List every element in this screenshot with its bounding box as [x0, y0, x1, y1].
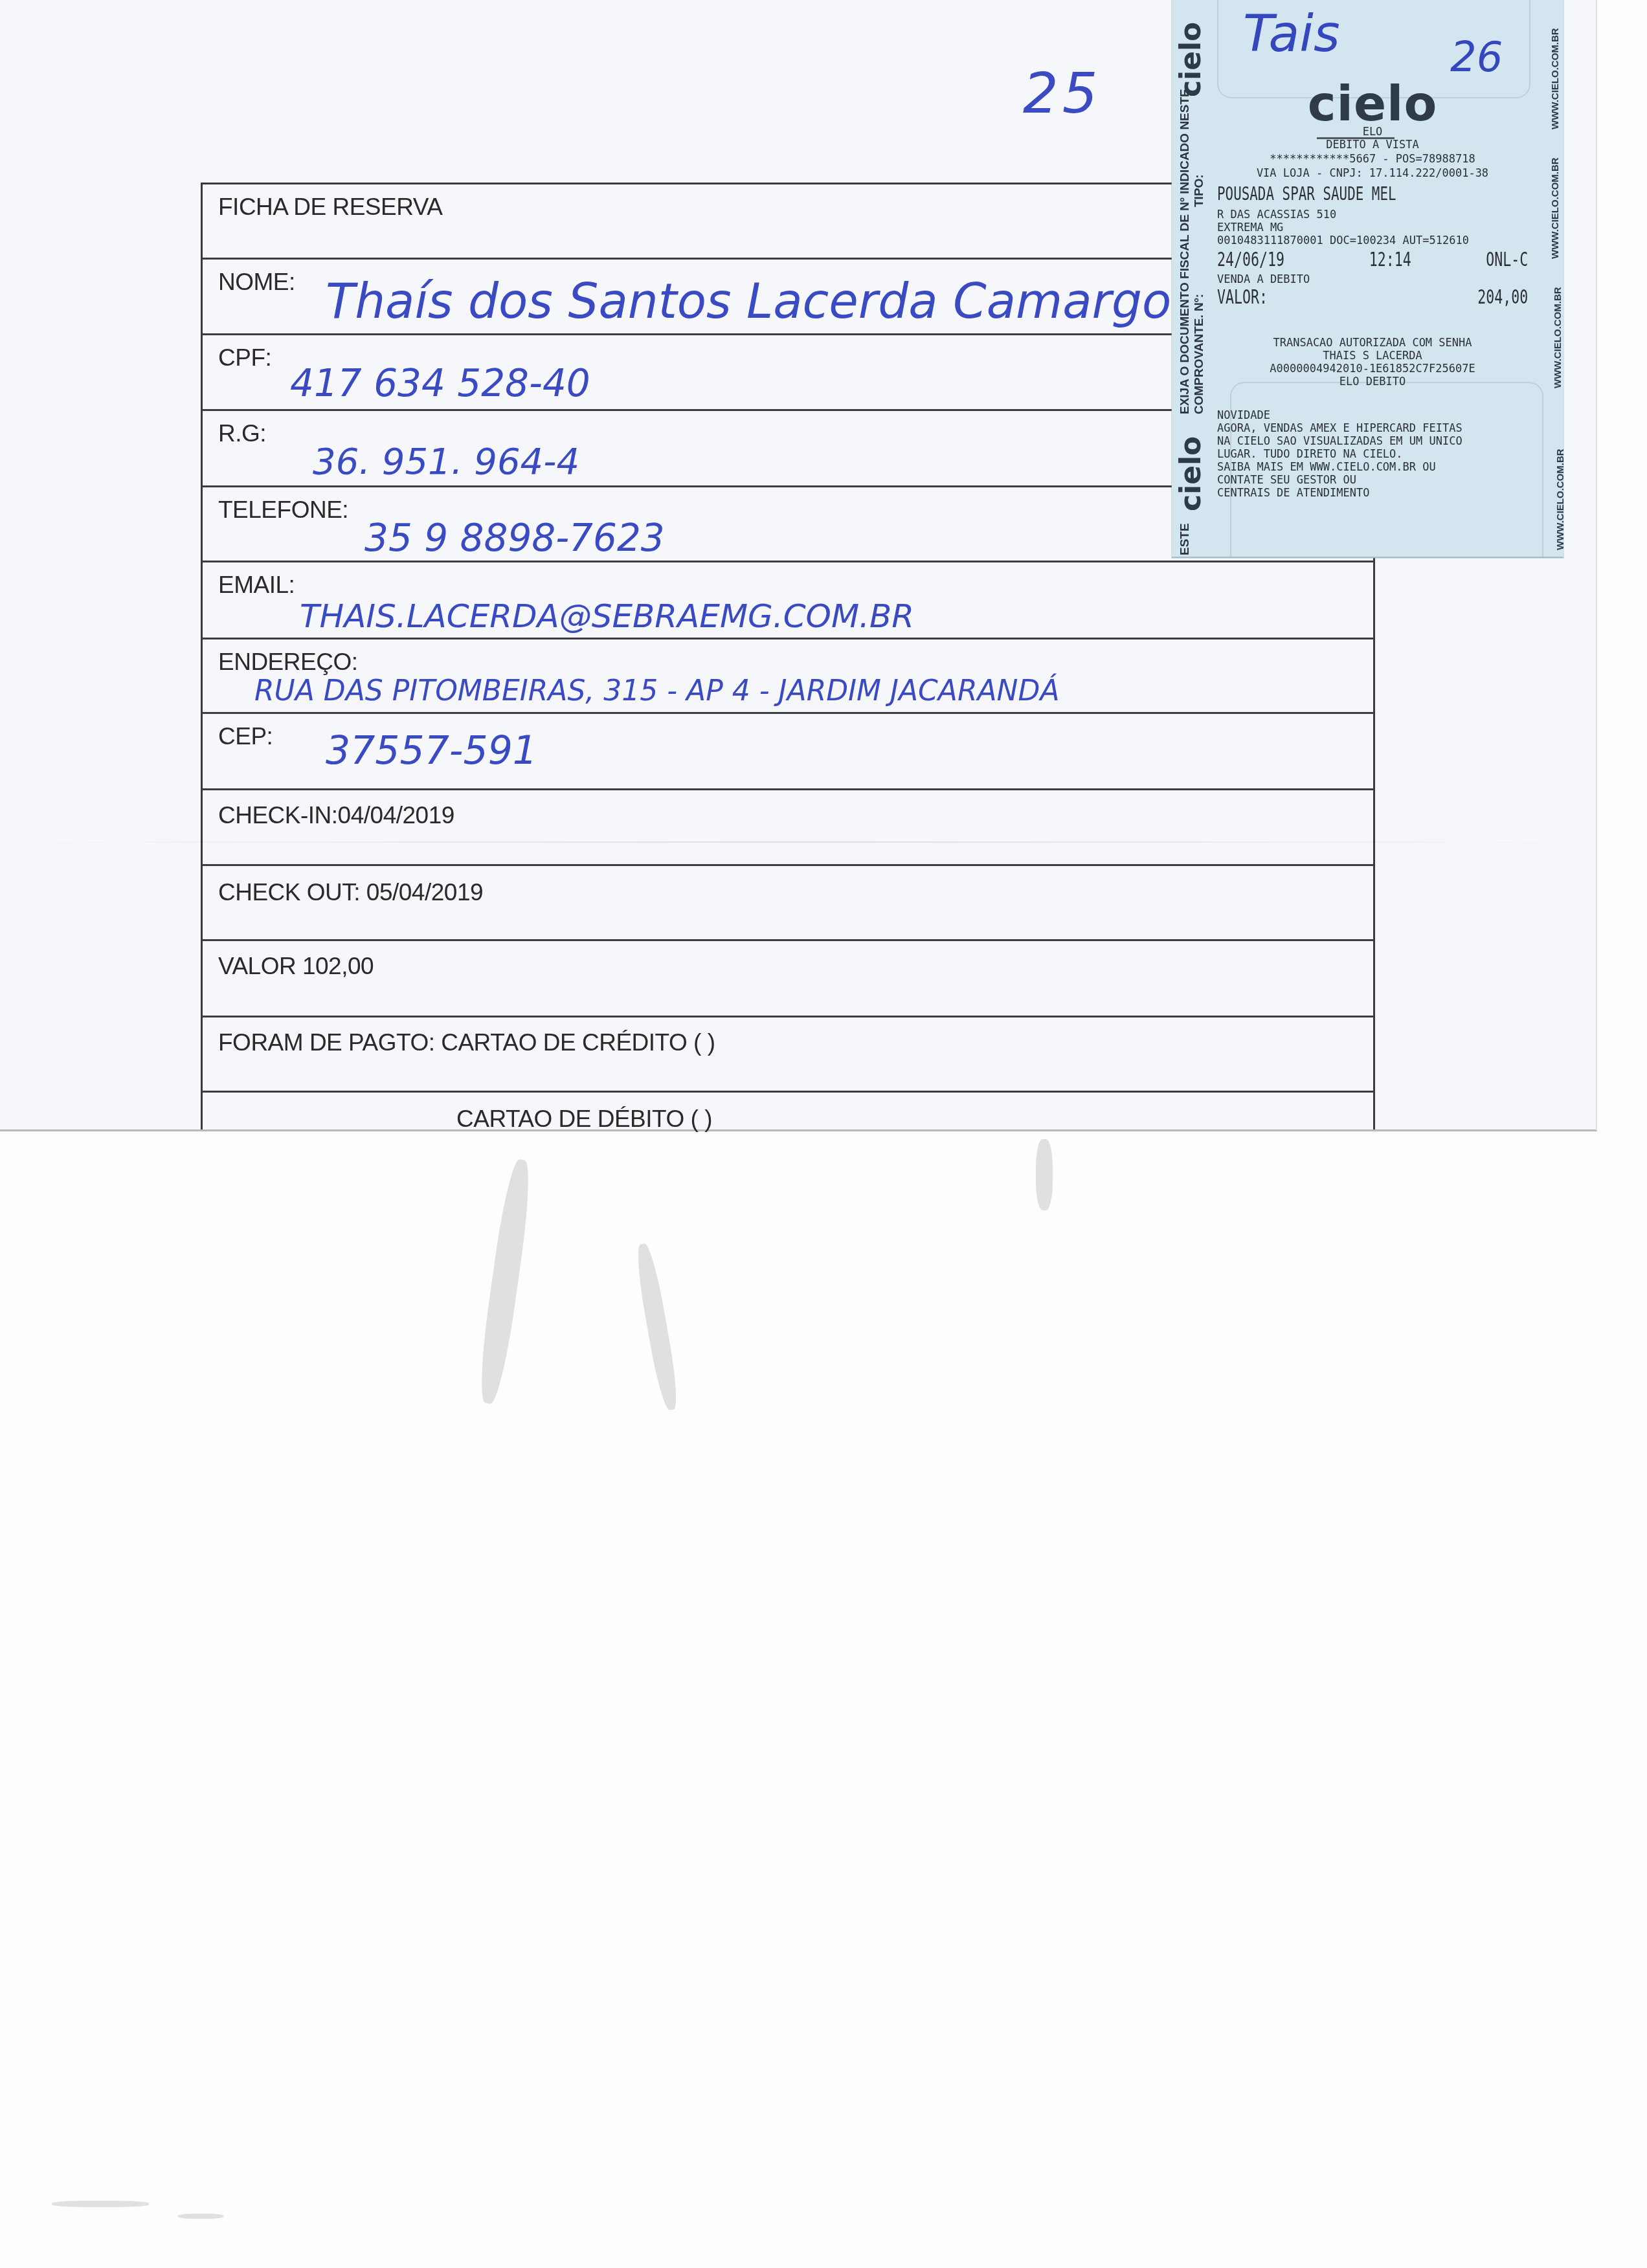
- cielo-url-2: WWW.CIELO.COM.BR: [1550, 157, 1561, 259]
- valor-text: VALOR 102,00: [218, 953, 374, 980]
- field-label-cpf: CPF:: [218, 344, 271, 372]
- field-label-rg: R.G:: [218, 420, 266, 447]
- receipt-news-3: LUGAR. TUDO DIRETO NA CIELO.: [1217, 448, 1528, 461]
- receipt-tipo-label: TIPO:: [1193, 174, 1207, 207]
- receipt-time: 12:14: [1369, 249, 1411, 271]
- field-label-endereco: ENDEREÇO:: [218, 649, 357, 676]
- checkin-row: CHECK-IN:04/04/2019: [203, 790, 1373, 866]
- valor-row: VALOR 102,00: [203, 941, 1373, 1017]
- receipt-handwritten-number: 26: [1450, 34, 1503, 82]
- receipt-address: R DAS ACASSIAS 510: [1217, 208, 1528, 221]
- field-label-email: EMAIL:: [218, 572, 295, 599]
- cielo-url-3: WWW.CIELO.COM.BR: [1552, 287, 1563, 388]
- receipt-handwritten-name: Tais: [1243, 5, 1340, 63]
- receipt-mode: DEBITO A VISTA: [1217, 139, 1528, 151]
- receipt-auth-line: TRANSACAO AUTORIZADA COM SENHA: [1217, 337, 1528, 350]
- cielo-side-logo-top: cielo: [1174, 22, 1207, 97]
- receipt-side-tail: ESTE: [1178, 523, 1193, 555]
- receipt-news-4: SAIBA MAIS EM WWW.CIELO.COM.BR OU: [1217, 461, 1528, 474]
- receipt-value: 204,00: [1477, 286, 1528, 309]
- receipt-comprovante-label: COMPROVANTE. Nº:: [1193, 294, 1207, 414]
- field-row-cep: CEP: 37557-591: [203, 714, 1373, 790]
- field-label-cep: CEP:: [218, 723, 273, 750]
- field-value-rg: 36. 951. 964-4: [313, 441, 579, 483]
- receipt-datetime-row: 24/06/19 12:14 ONL-C: [1217, 249, 1528, 271]
- receipt-fiscal-notice: EXIJA O DOCUMENTO FISCAL DE Nº INDICADO …: [1178, 89, 1193, 414]
- handwritten-page-number: 25: [1023, 61, 1101, 126]
- field-value-endereco: RUA DAS PITOMBEIRAS, 315 - AP 4 - JARDIM…: [254, 674, 1060, 707]
- receipt-news-1: AGORA, VENDAS AMEX E HIPERCARD FEITAS: [1217, 422, 1528, 435]
- receipt-city: EXTREMA MG: [1217, 221, 1528, 234]
- card-receipt: cielo EXIJA O DOCUMENTO FISCAL DE Nº IND…: [1172, 0, 1563, 558]
- receipt-news-0: NOVIDADE: [1217, 409, 1528, 422]
- form-title: FICHA DE RESERVA: [218, 194, 442, 221]
- receipt-news-2: NA CIELO SAO VISUALIZADAS EM UM UNICO: [1217, 435, 1528, 448]
- payment-debit-option[interactable]: CARTAO DE DÉBITO ( ): [456, 1106, 712, 1133]
- receipt-status: ONL-C: [1486, 249, 1528, 271]
- field-label-telefone: TELEFONE:: [218, 496, 348, 524]
- receipt-brand: ELO: [1217, 126, 1528, 139]
- receipt-via-cnpj: VIA LOJA - CNPJ: 17.114.222/0001-38: [1217, 167, 1528, 180]
- cielo-url-1: WWW.CIELO.COM.BR: [1550, 28, 1561, 129]
- payment-credit-option[interactable]: FORAM DE PAGTO: CARTAO DE CRÉDITO ( ): [218, 1029, 715, 1056]
- scan-mark: [1036, 1139, 1053, 1210]
- receipt-value-label: VALOR:: [1217, 286, 1268, 309]
- receipt-news-6: CENTRAIS DE ATENDIMENTO: [1217, 487, 1528, 500]
- cielo-side-logo-bottom: cielo: [1174, 436, 1207, 511]
- scan-mark: [52, 2201, 149, 2207]
- receipt-aid: A0000004942010-1E61852C7F25607E: [1217, 362, 1528, 375]
- receipt-card-pos: ************5667 - POS=78988718: [1217, 153, 1528, 166]
- field-value-email: THAIS.LACERDA@SEBRAEMG.COM.BR: [300, 597, 914, 635]
- receipt-left-strip: cielo EXIJA O DOCUMENTO FISCAL DE Nº IND…: [1172, 0, 1212, 557]
- field-row-endereco: ENDEREÇO: RUA DAS PITOMBEIRAS, 315 - AP …: [203, 639, 1373, 714]
- receipt-value-row: VALOR: 204,00: [1217, 286, 1528, 309]
- cielo-url-4: WWW.CIELO.COM.BR: [1555, 449, 1566, 550]
- receipt-date: 24/06/19: [1217, 249, 1284, 271]
- scan-mark: [178, 2214, 223, 2219]
- receipt-sale-type: VENDA A DEBITO: [1217, 273, 1528, 286]
- receipt-app-label: ELO DEBITO: [1217, 375, 1528, 388]
- receipt-news-5: CONTATE SEU GESTOR OU: [1217, 474, 1528, 487]
- field-value-cep: 37557-591: [326, 728, 537, 773]
- checkout-row: CHECK OUT: 05/04/2019: [203, 866, 1373, 941]
- receipt-merchant: POUSADA SPAR SAUDE MEL: [1217, 184, 1528, 203]
- receipt-ids: 0010483111870001 DOC=100234 AUT=512610: [1217, 234, 1528, 247]
- receipt-cardholder: THAIS S LACERDA: [1217, 350, 1528, 362]
- checkin-text: CHECK-IN:04/04/2019: [218, 802, 454, 829]
- payment-debit-row: CARTAO DE DÉBITO ( ): [203, 1093, 1373, 1131]
- checkout-text: CHECK OUT: 05/04/2019: [218, 879, 483, 906]
- field-label-nome: NOME:: [218, 269, 295, 296]
- payment-credit-row: FORAM DE PAGTO: CARTAO DE CRÉDITO ( ): [203, 1017, 1373, 1093]
- field-row-email: EMAIL: THAIS.LACERDA@SEBRAEMG.COM.BR: [203, 562, 1373, 639]
- cielo-logo: cielo: [1217, 76, 1528, 132]
- field-value-cpf: 417 634 528-40: [290, 361, 590, 405]
- field-value-nome: Thaís dos Santos Lacerda Camargo: [326, 274, 1171, 329]
- field-value-telefone: 35 9 8898-7623: [364, 516, 665, 560]
